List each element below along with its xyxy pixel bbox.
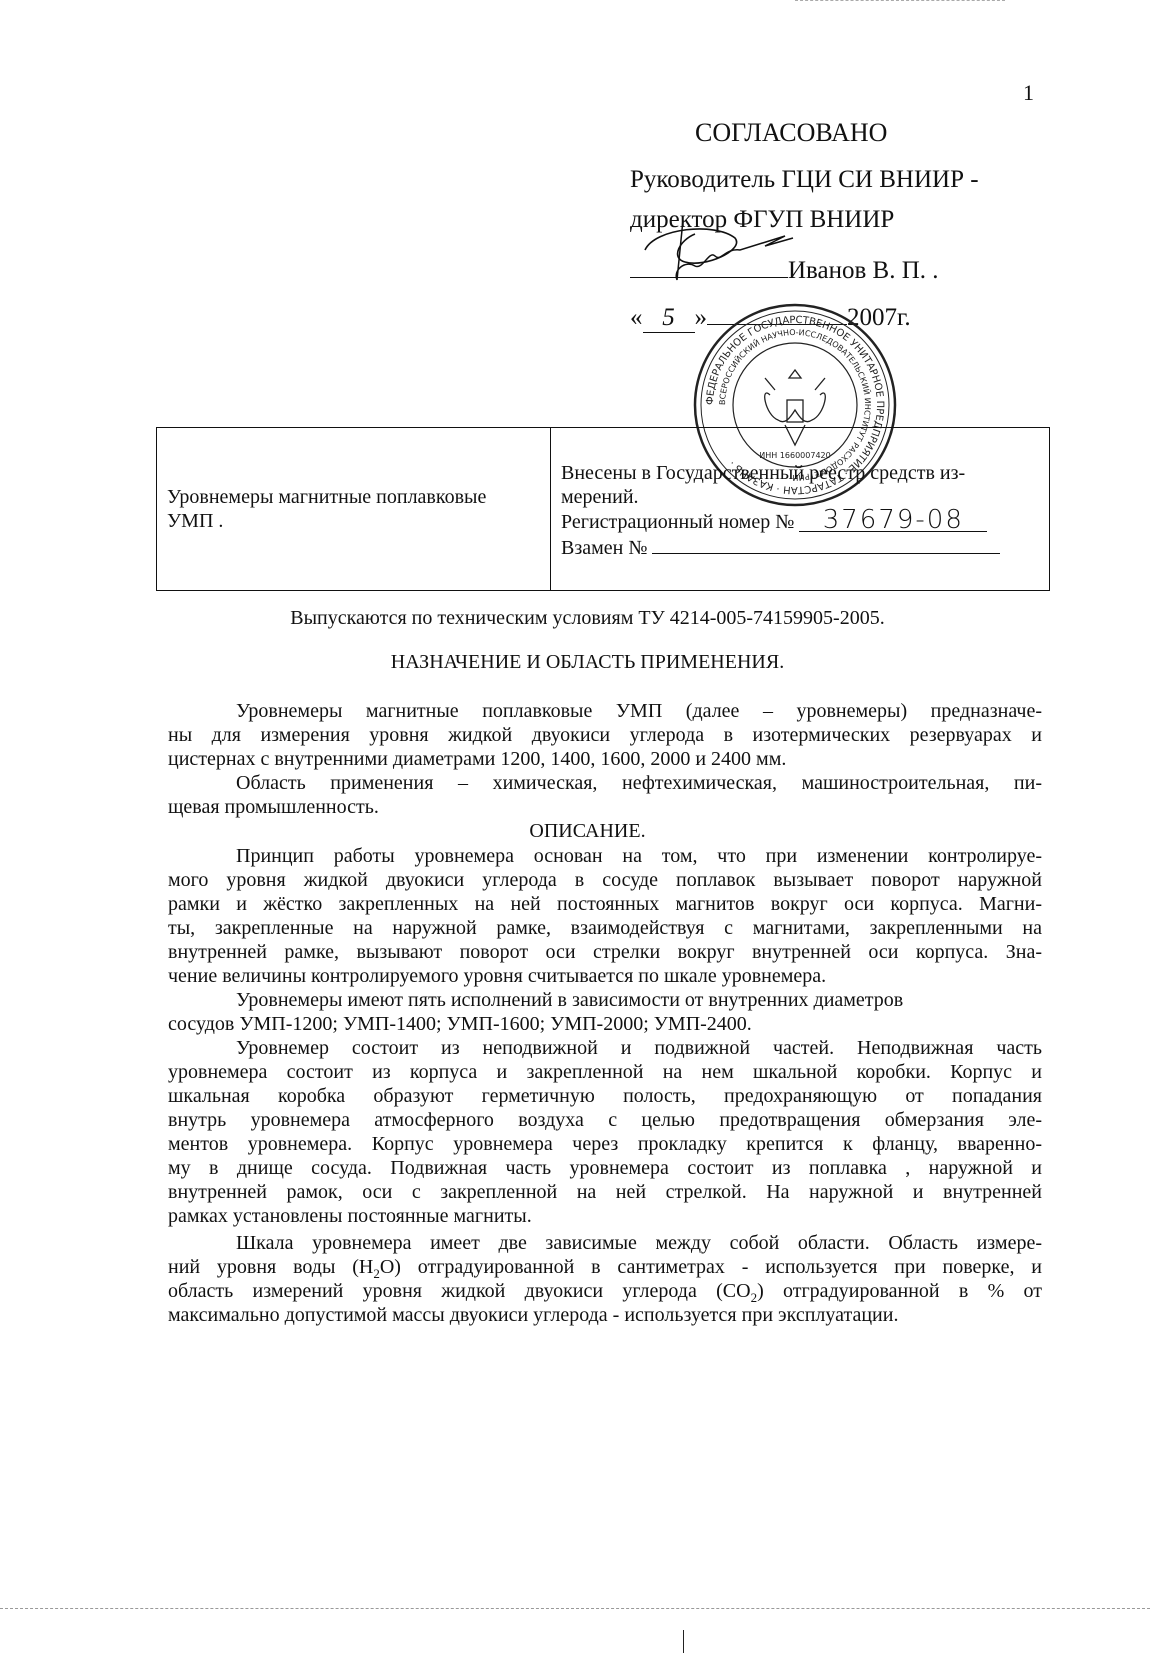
section-heading-description: ОПИСАНИЕ.: [0, 820, 1175, 843]
paragraph-line: внутрь уровнемера атмосферного воздуха с…: [168, 1109, 1042, 1132]
registry-statement-line2: мерений.: [561, 485, 639, 509]
registration-number-label: Регистрационный номер №: [561, 511, 794, 533]
paragraph-line: рамки и жёстко закрепленных на ней посто…: [168, 893, 1042, 916]
paragraph-line: Принцип работы уровнемера основан на том…: [168, 845, 1042, 868]
paragraph-line: Уровнемеры магнитные поплавковые УМП (да…: [168, 700, 1042, 723]
product-name-line2: УМП .: [167, 509, 223, 533]
paragraph-line: ны для измерения уровня жидкой двуокиси …: [168, 724, 1042, 747]
spec-line: Выпускаются по техническим условиям ТУ 4…: [0, 607, 1175, 630]
paragraph-line: Уровнемер состоит из неподвижной и подви…: [168, 1037, 1042, 1060]
paragraph-line: внутренней рамок, оси с закрепленной на …: [168, 1181, 1042, 1204]
paragraph-line: щевая промышленность.: [168, 796, 1042, 819]
scan-tick: [683, 1630, 684, 1653]
registration-number-row: Регистрационный номер № 37679-08: [561, 509, 987, 534]
paragraph-line: сосудов УМП-1200; УМП-1400; УМП-1600; УМ…: [168, 1013, 1042, 1036]
product-name-cell: Уровнемеры магнитные поплавковые УМП .: [157, 428, 551, 590]
page-number: 1: [1023, 80, 1034, 106]
paragraph-line: уровнемера состоит из корпуса и закрепле…: [168, 1061, 1042, 1084]
paragraph-line: цистернах с внутренними диаметрами 1200,…: [168, 748, 1042, 771]
paragraph-line: максимально допустимой массы двуокиси уг…: [168, 1304, 1042, 1327]
paragraph-line: шкальная коробка образуют герметичную по…: [168, 1085, 1042, 1108]
approval-title: СОГЛАСОВАНО: [695, 118, 887, 148]
replaces-number-row: Взамен №: [561, 533, 1000, 560]
replaces-number-label: Взамен №: [561, 537, 647, 559]
section-heading-purpose: НАЗНАЧЕНИЕ И ОБЛАСТЬ ПРИМЕНЕНИЯ.: [0, 651, 1175, 674]
paragraph-line: рамках установлены постоянные магниты.: [168, 1205, 1042, 1228]
paragraph-line: Область применения – химическая, нефтехи…: [168, 772, 1042, 795]
paragraph-line: мого уровня жидкой двуокиси углерода в с…: [168, 869, 1042, 892]
paragraph-line: ты, закрепленные на наружной рамке, взаи…: [168, 917, 1042, 940]
paragraph-line: внутренней рамке, вызывают поворот оси с…: [168, 941, 1042, 964]
replaces-number-value: [652, 533, 1000, 554]
date-open-quote: «: [630, 304, 643, 331]
date-day: 5: [643, 304, 695, 333]
paragraph-line: чение величины контролируемого уровня сч…: [168, 965, 1042, 988]
registry-statement-line1: Внесены в Государственный реестр средств…: [561, 461, 965, 485]
product-name-line1: Уровнемеры магнитные поплавковые: [167, 485, 486, 509]
scan-edge-bottom: [0, 1608, 1150, 1609]
registry-info-cell: Внесены в Государственный реестр средств…: [551, 428, 1049, 590]
registry-table: Уровнемеры магнитные поплавковые УМП . В…: [156, 427, 1050, 591]
paragraph-line: ментов уровнемера. Корпус уровнемера чер…: [168, 1133, 1042, 1156]
paragraph-line: Уровнемеры имеют пять исполнений в завис…: [168, 989, 1042, 1012]
paragraph-line-water: ний уровня воды (Н2О) отградуированной в…: [168, 1256, 1042, 1282]
paragraph-line-co2: область измерений уровня жидкой двуокиси…: [168, 1280, 1042, 1306]
scan-edge-top: [795, 0, 1005, 1]
approval-position-line1: Руководитель ГЦИ СИ ВНИИР -: [630, 166, 979, 194]
paragraph-line: му в днище сосуда. Подвижная часть уровн…: [168, 1157, 1042, 1180]
paragraph-line: Шкала уровнемера имеет две зависимые меж…: [168, 1232, 1042, 1255]
signature-icon: [625, 210, 815, 290]
registration-number-value: 37679-08: [799, 509, 987, 532]
